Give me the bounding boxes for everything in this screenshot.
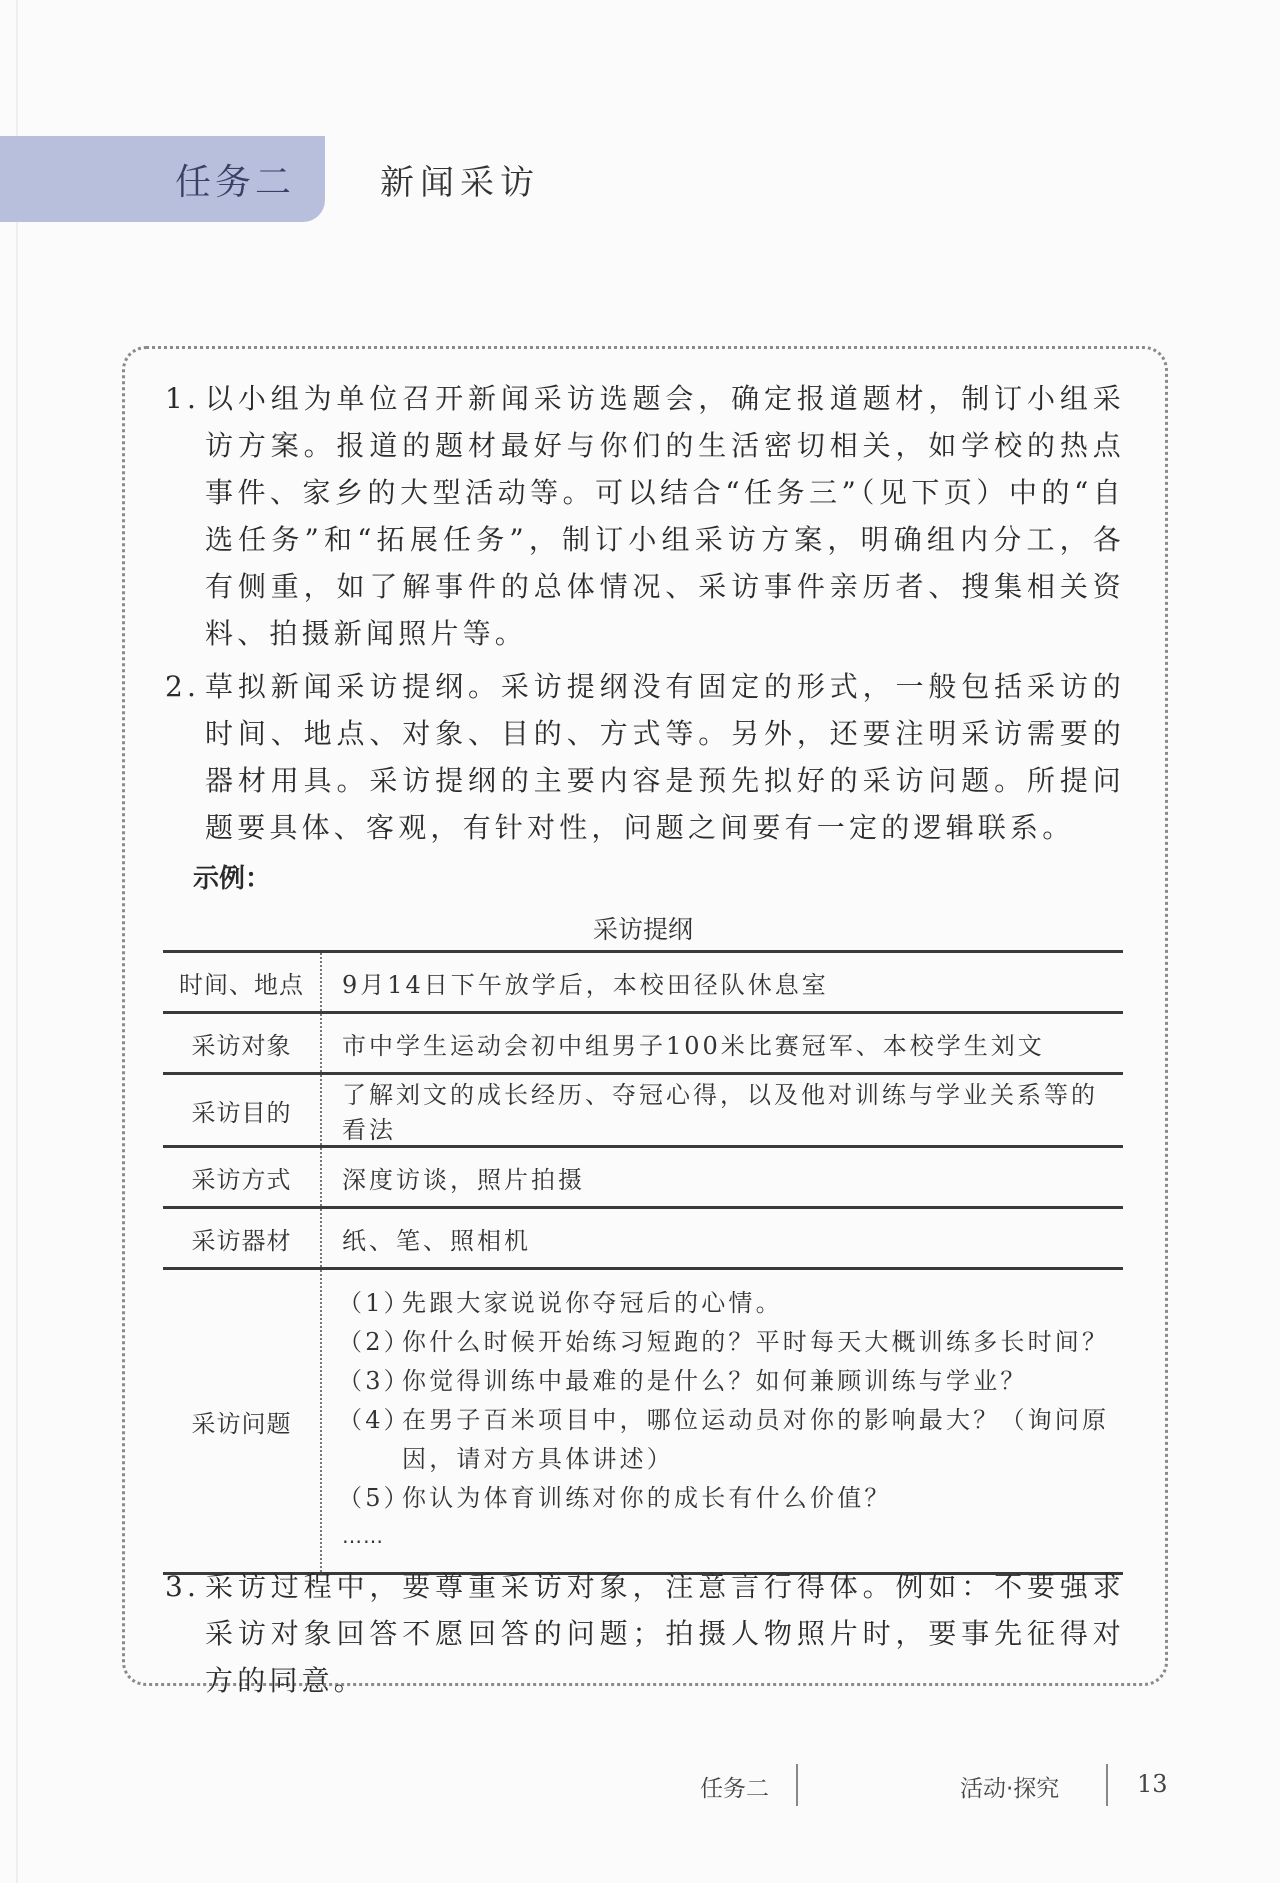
- row-value: 深度访谈，照片拍摄: [321, 1147, 1123, 1208]
- question-text: 在男子百米项目中，哪位运动员对你的影响最大？（询问原因，请对方具体讲述）: [402, 1406, 1109, 1473]
- interview-outline-table: 时间、地点 9月14日下午放学后，本校田径队休息室 采访对象 市中学生运动会初中…: [163, 950, 1123, 1575]
- page-binding-edge: [16, 0, 18, 1883]
- row-key: 采访器材: [163, 1208, 321, 1269]
- instruction-text: 采访过程中，要尊重采访对象，注意言行得体。例如：不要强求采访对象回答不愿回答的问…: [165, 1563, 1125, 1704]
- question-item: （2） 你什么时候开始练习短跑的？平时每天大概训练多长时间？: [338, 1323, 1123, 1362]
- instruction-number: 2.: [165, 663, 200, 710]
- question-number: （2）: [338, 1323, 411, 1362]
- question-number: （5）: [338, 1479, 411, 1518]
- task-tab-label: 任务二: [175, 154, 295, 205]
- example-label: 示例：: [193, 858, 271, 895]
- questions-ellipsis: ……: [338, 1518, 1123, 1554]
- row-key: 采访方式: [163, 1147, 321, 1208]
- table-row: 采访方式 深度访谈，照片拍摄: [163, 1147, 1123, 1208]
- instruction-2: 2. 草拟新闻采访提纲。采访提纲没有固定的形式，一般包括采访的时间、地点、对象、…: [165, 663, 1125, 851]
- page-title: 新闻采访: [380, 155, 540, 204]
- row-value: 9月14日下午放学后，本校田径队休息室: [321, 952, 1123, 1013]
- row-key: 时间、地点: [163, 952, 321, 1013]
- question-item: （3） 你觉得训练中最难的是什么？如何兼顾训练与学业？: [338, 1362, 1123, 1401]
- instruction-number: 1.: [165, 375, 200, 422]
- footer-chapter-label: 活动·探究: [960, 1770, 1059, 1803]
- question-text: 你觉得训练中最难的是什么？如何兼顾训练与学业？: [402, 1367, 1028, 1395]
- task-tab: 任务二: [0, 136, 325, 222]
- instruction-number: 3.: [165, 1563, 200, 1610]
- table-row: 采访器材 纸、笔、照相机: [163, 1208, 1123, 1269]
- row-key: 采访目的: [163, 1074, 321, 1147]
- page-number: 13: [1137, 1770, 1168, 1798]
- table-row: 时间、地点 9月14日下午放学后，本校田径队休息室: [163, 952, 1123, 1013]
- table-row-questions: 采访问题 （1） 先跟大家说说你夺冠后的心情。 （2） 你什么时候开始练习短跑的…: [163, 1269, 1123, 1574]
- outline-table-title: 采访提纲: [163, 910, 1123, 946]
- row-value: 了解刘文的成长经历、夺冠心得，以及他对训练与学业关系等的看法: [321, 1074, 1123, 1147]
- instruction-3: 3. 采访过程中，要尊重采访对象，注意言行得体。例如：不要强求采访对象回答不愿回…: [165, 1563, 1125, 1704]
- row-key: 采访问题: [163, 1269, 321, 1574]
- row-key: 采访对象: [163, 1013, 321, 1074]
- question-text: 先跟大家说说你夺冠后的心情。: [402, 1289, 783, 1317]
- table-row: 采访目的 了解刘文的成长经历、夺冠心得，以及他对训练与学业关系等的看法: [163, 1074, 1123, 1147]
- row-value: 市中学生运动会初中组男子100米比赛冠军、本校学生刘文: [321, 1013, 1123, 1074]
- question-item: （5） 你认为体育训练对你的成长有什么价值？: [338, 1479, 1123, 1518]
- question-number: （4）: [338, 1401, 411, 1440]
- instruction-1: 1. 以小组为单位召开新闻采访选题会，确定报道题材，制订小组采访方案。报道的题材…: [165, 375, 1125, 657]
- footer-section-label: 任务二: [700, 1770, 769, 1803]
- instruction-text: 以小组为单位召开新闻采访选题会，确定报道题材，制订小组采访方案。报道的题材最好与…: [165, 375, 1125, 657]
- footer-divider: [1106, 1764, 1108, 1806]
- questions-list: （1） 先跟大家说说你夺冠后的心情。 （2） 你什么时候开始练习短跑的？平时每天…: [321, 1269, 1123, 1574]
- question-number: （3）: [338, 1362, 411, 1401]
- question-item: （1） 先跟大家说说你夺冠后的心情。: [338, 1284, 1123, 1323]
- question-item: （4） 在男子百米项目中，哪位运动员对你的影响最大？（询问原因，请对方具体讲述）: [338, 1401, 1123, 1479]
- table-row: 采访对象 市中学生运动会初中组男子100米比赛冠军、本校学生刘文: [163, 1013, 1123, 1074]
- row-value: 纸、笔、照相机: [321, 1208, 1123, 1269]
- instruction-text: 草拟新闻采访提纲。采访提纲没有固定的形式，一般包括采访的时间、地点、对象、目的、…: [165, 663, 1125, 851]
- question-text: 你什么时候开始练习短跑的？平时每天大概训练多长时间？: [402, 1328, 1109, 1356]
- question-text: 你认为体育训练对你的成长有什么价值？: [402, 1484, 892, 1512]
- question-number: （1）: [338, 1284, 411, 1323]
- footer-divider: [796, 1764, 798, 1806]
